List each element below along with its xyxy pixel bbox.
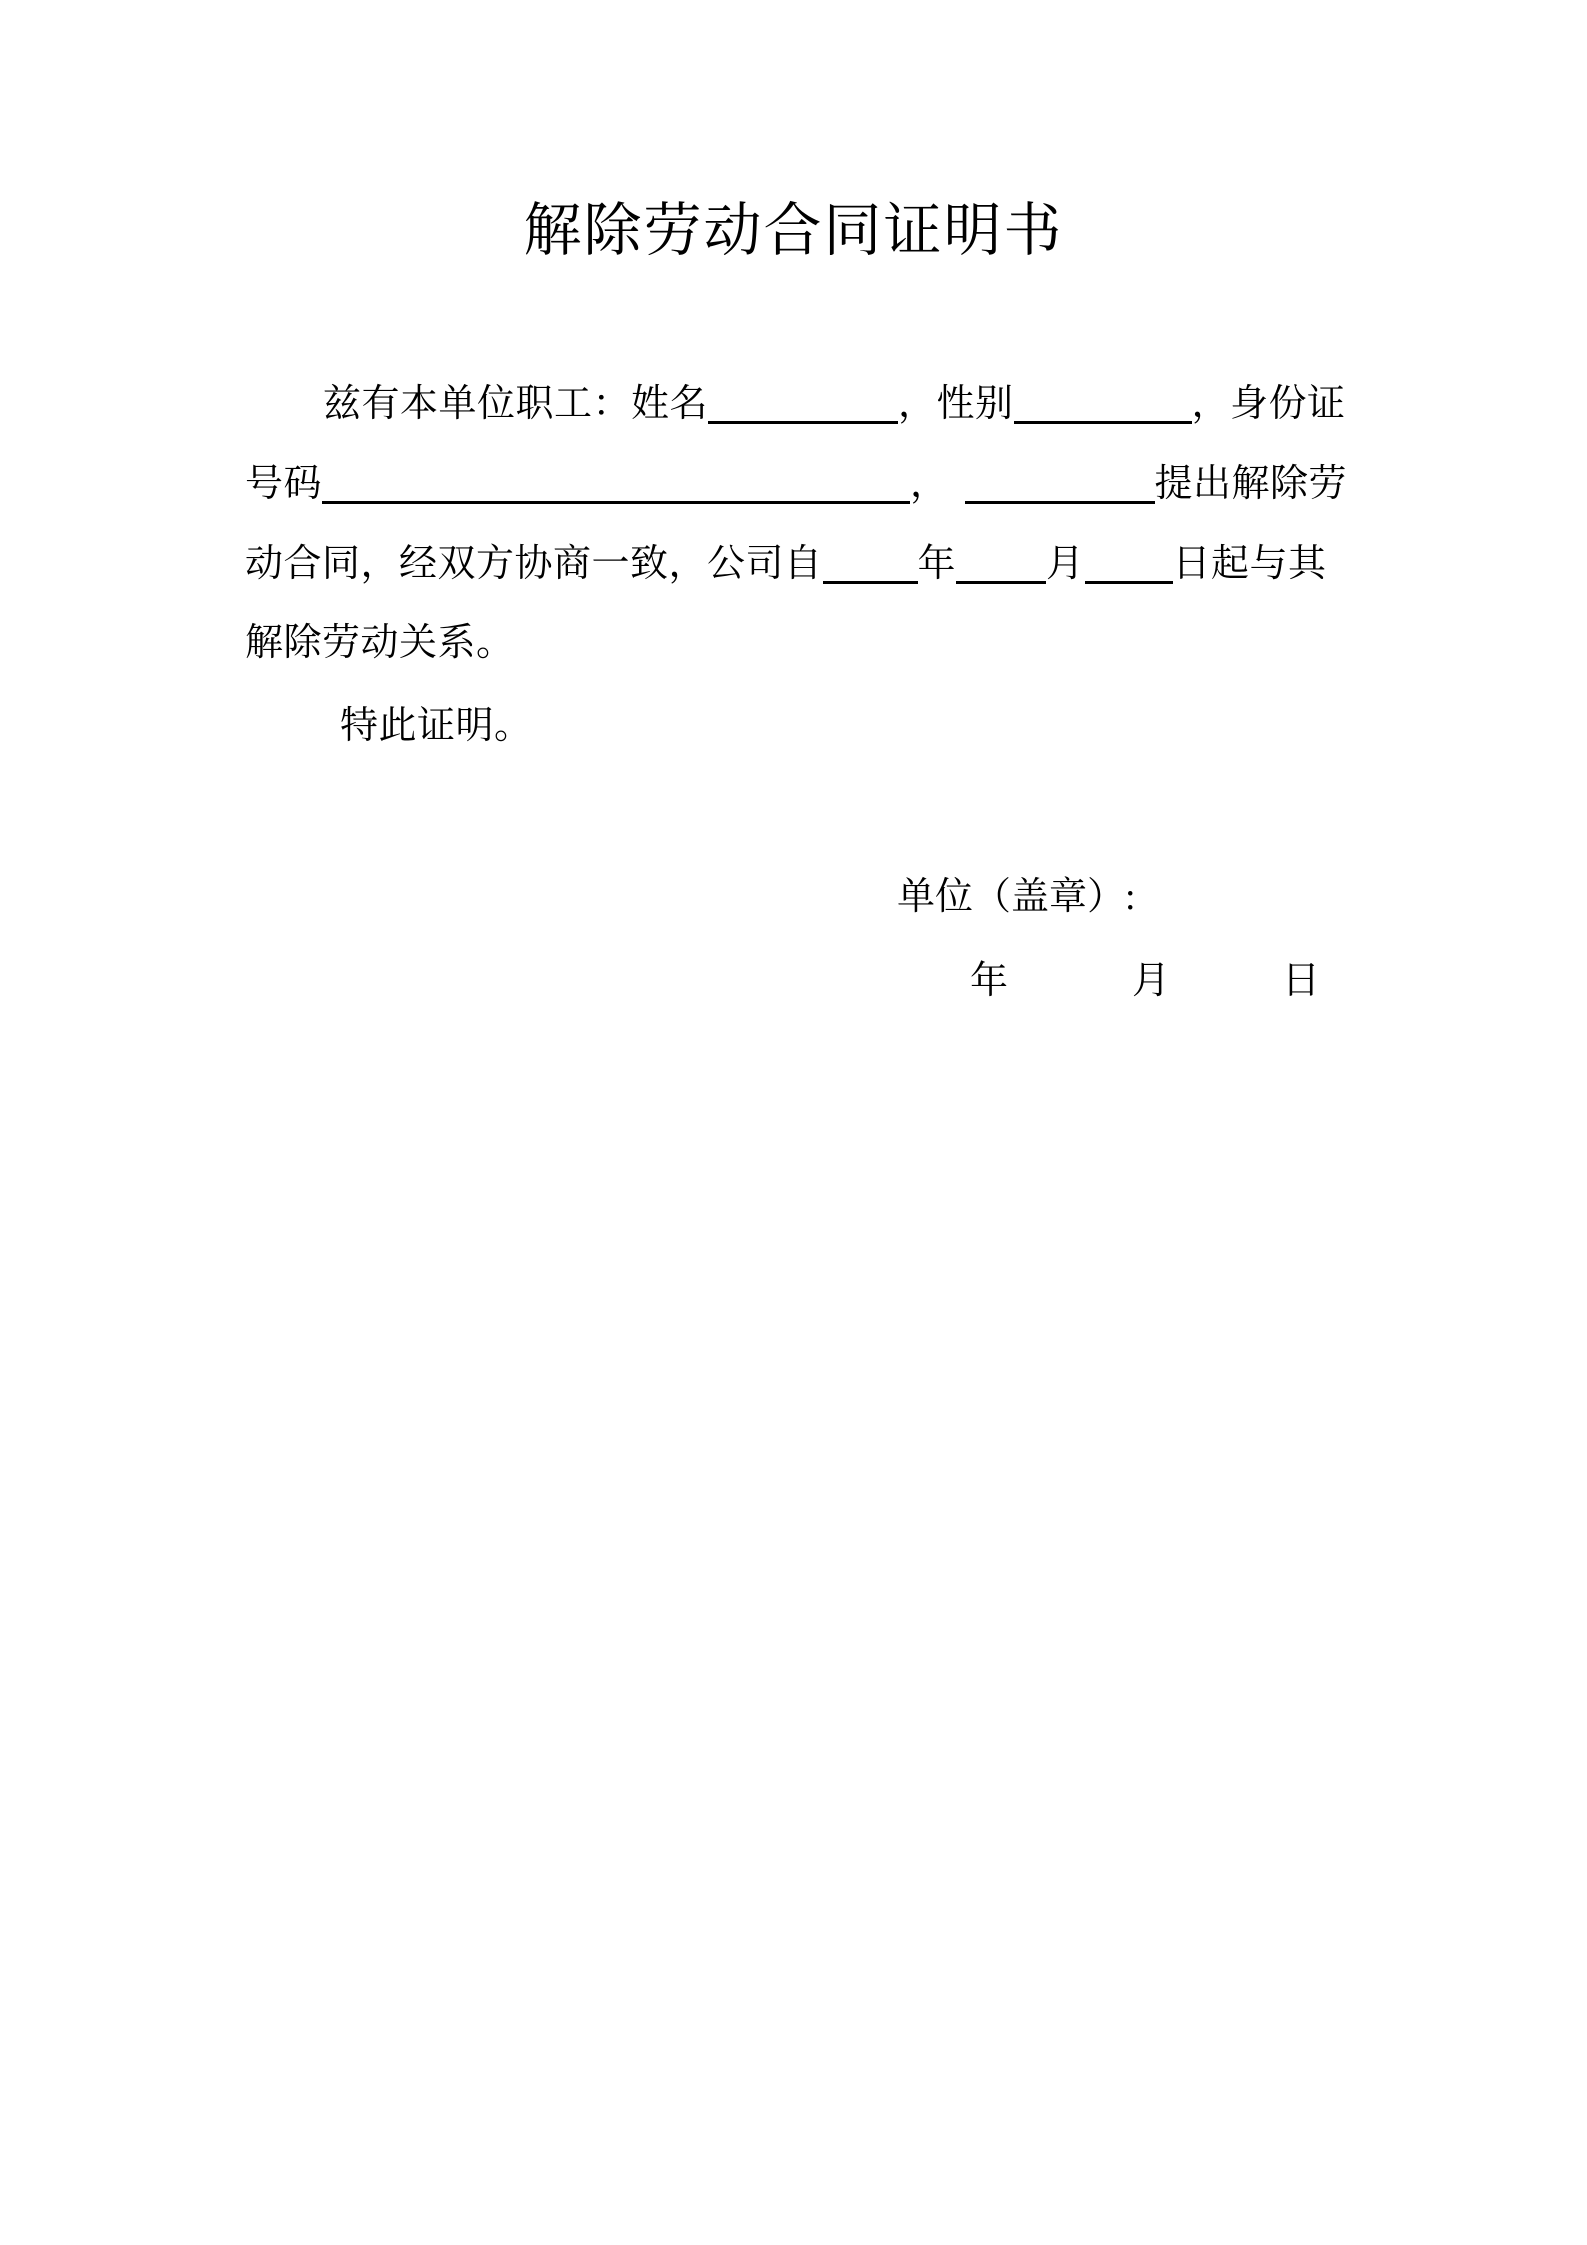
line1-text-gender: ，性别 — [898, 383, 1014, 425]
year-blank-field[interactable] — [823, 543, 918, 584]
signature-unit-label: 单位（盖章）: — [897, 876, 1136, 918]
date-month-label: 月 — [1132, 960, 1170, 1002]
line1-text-idcard: ，身份证 — [1192, 383, 1346, 425]
line2-text-comma: ， — [910, 463, 949, 505]
signature-date-line: 年月日 — [970, 960, 1320, 1002]
paragraph-line-3: 动合同，经双方协商一致，公司自年月日起与其 — [245, 543, 1375, 584]
gender-blank-field[interactable] — [1014, 383, 1192, 424]
line2-text-propose: 提出解除劳 — [1155, 463, 1348, 505]
line5-text-hereby: 特此证明。 — [340, 705, 533, 747]
line3-text-agreement: 动合同，经双方协商一致，公司自 — [245, 543, 823, 585]
date-year-label: 年 — [970, 960, 1008, 1002]
line3-text-month: 月 — [1046, 543, 1085, 585]
paragraph-line-1: 兹有本单位职工：姓名，性别，身份证 — [245, 383, 1453, 424]
paragraph-line-2: 号码，提出解除劳 — [245, 463, 1375, 504]
paragraph-line-4: 解除劳动关系。 — [245, 623, 1375, 663]
line2-text-number: 号码 — [245, 463, 322, 505]
document-page: 解除劳动合同证明书 兹有本单位职工：姓名，性别，身份证 号码，提出解除劳 动合同… — [0, 0, 1587, 2245]
proposer-blank-field[interactable] — [965, 463, 1155, 504]
document-title: 解除劳动合同证明书 — [0, 196, 1587, 266]
line3-text-year: 年 — [918, 543, 957, 585]
name-blank-field[interactable] — [708, 383, 898, 424]
date-day-label: 日 — [1282, 960, 1320, 1002]
paragraph-line-5: 特此证明。 — [245, 706, 1470, 746]
line1-text-employee: 兹有本单位职工：姓名 — [323, 383, 708, 425]
unit-seal-text: 单位（盖章）: — [897, 876, 1136, 918]
line4-text-terminate: 解除劳动关系。 — [245, 622, 515, 664]
month-blank-field[interactable] — [956, 543, 1046, 584]
line3-text-day: 日起与其 — [1173, 543, 1327, 585]
day-blank-field[interactable] — [1085, 543, 1173, 584]
id-number-blank-field[interactable] — [322, 463, 910, 504]
